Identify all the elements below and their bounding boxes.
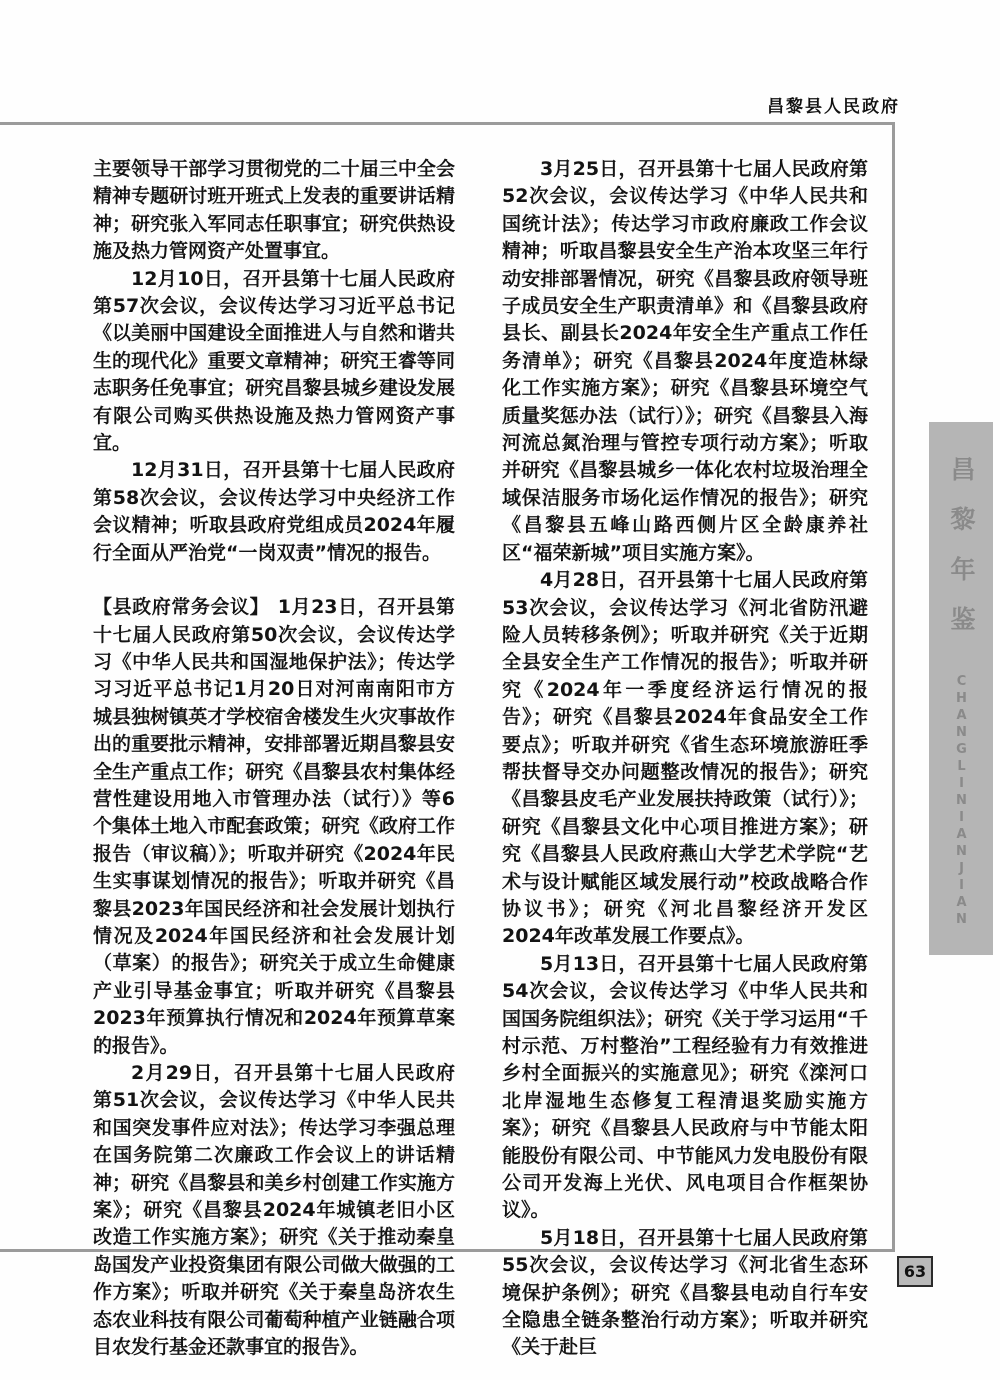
paragraph: 主要领导干部学习贯彻党的二十届三中全会精神专题研讨班开班式上发表的重要讲话精神；… bbox=[93, 156, 455, 266]
yearbook-side-tab: 昌黎年鉴 CHANGLINIANJIAN bbox=[929, 422, 993, 955]
side-tab-chinese-title: 昌黎年鉴 bbox=[929, 456, 993, 656]
paragraph: 5月18日，召开县第十七届人民政府第55次会议，会议传达学习《河北省生态环境保护… bbox=[502, 1225, 868, 1362]
paragraph: 12月10日，召开县第十七届人民政府第57次会议，会议传达学习习近平总书记《以美… bbox=[93, 266, 455, 458]
paragraph: 12月31日，召开县第十七届人民政府第58次会议，会议传达学习中央经济工作会议精… bbox=[93, 457, 455, 567]
section-heading: 【县政府常务会议】 bbox=[93, 596, 269, 618]
section-text: 1月23日，召开县第十七届人民政府第50次会议，会议传达学习《中华人民共和国湿地… bbox=[93, 596, 455, 1057]
page-number-badge: 63 bbox=[897, 1256, 933, 1287]
right-text-column: 3月25日，召开县第十七届人民政府第52次会议，会议传达学习《中华人民共和国统计… bbox=[502, 156, 868, 1362]
paragraph: 4月28日，召开县第十七届人民政府第53次会议，会议传达学习《河北省防汛避险人员… bbox=[502, 567, 868, 951]
side-tab-romanized-title: CHANGLINIANJIAN bbox=[929, 674, 993, 929]
paragraph: 2月29日，召开县第十七届人民政府第51次会议，会议传达学习《中华人民共和国突发… bbox=[93, 1060, 455, 1361]
paragraph: 5月13日，召开县第十七届人民政府第54次会议，会议传达学习《中华人民共和国国务… bbox=[502, 951, 868, 1225]
left-text-column: 主要领导干部学习贯彻党的二十届三中全会精神专题研讨班开班式上发表的重要讲话精神；… bbox=[93, 156, 455, 1361]
page-header-title: 昌黎县人民政府 bbox=[0, 92, 900, 117]
paragraph: 3月25日，召开县第十七届人民政府第52次会议，会议传达学习《中华人民共和国统计… bbox=[502, 156, 868, 567]
paragraph-section: 【县政府常务会议】1月23日，召开县第十七届人民政府第50次会议，会议传达学习《… bbox=[93, 594, 455, 1060]
